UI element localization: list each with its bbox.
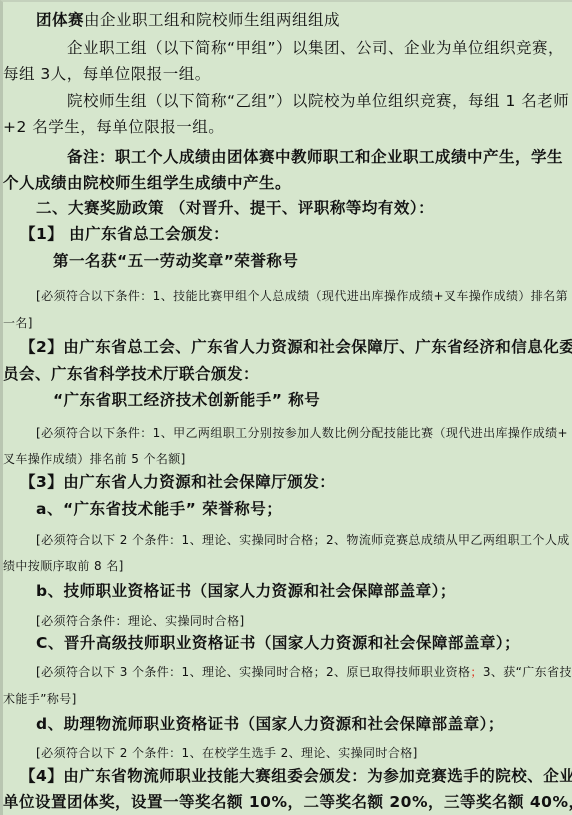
text-line: [必须符合以下 2 个条件：1、理论、实操同时合格；2、物流师竞赛总成绩从甲乙两… (3, 529, 572, 550)
text-segment: 个人成绩由院校师生组学生成绩中产生。 (3, 174, 291, 192)
text-segment: [必须符合条件：理论、实操同时合格] (36, 614, 245, 628)
text-line: 院校师生组（以下简称“乙组”）以院校为单位组织竞赛，每组 1 名老师 (3, 91, 572, 111)
text-segment: 【4】由广东省物流师职业技能大赛组委会颁发：为参加竞赛选手的院校、企业 (20, 767, 572, 785)
text-line: [必须符合以下 3 个条件：1、理论、实操同时合格；2、原已取得技师职业资格；3… (3, 661, 572, 682)
text-segment: a、“广东省技术能手” 荣誉称号； (36, 500, 282, 518)
text-segment: b、技师职业资格证书（国家人力资源和社会保障部盖章）； (36, 582, 456, 600)
text-line: 【3】由广东省人力资源和社会保障厅颁发： (3, 472, 572, 492)
text-line: 第一名获“五一劳动奖章”荣誉称号 (3, 251, 572, 271)
text-segment: 企业职工组（以下简称“甲组”）以集团、公司、企业为单位组织竞赛， (67, 39, 564, 57)
text-line: 二、大赛奖励政策 （对晋升、提干、评职称等均有效）： (3, 198, 572, 218)
text-segment: 由企业职工组和院校师生组两组组成 (84, 11, 340, 29)
text-line: a、“广东省技术能手” 荣誉称号； (3, 499, 572, 519)
text-segment: [必须符合以下 3 个条件：1、理论、实操同时合格；2、原已取得技师职业资格 (36, 665, 470, 679)
text-segment: 叉车操作成绩）排名前 5 个名额] (3, 452, 186, 466)
text-line: b、技师职业资格证书（国家人力资源和社会保障部盖章）； (3, 581, 572, 601)
text-segment: d、助理物流师职业资格证书（国家人力资源和社会保障部盖章）； (36, 715, 504, 733)
text-segment: ； (470, 665, 482, 679)
text-line: 企业职工组（以下简称“甲组”）以集团、公司、企业为单位组织竞赛， (3, 38, 572, 58)
text-segment: 二、大赛奖励政策 （对晋升、提干、评职称等均有效）： (36, 199, 434, 217)
text-segment: 【3】由广东省人力资源和社会保障厅颁发： (20, 473, 335, 491)
text-line: 个人成绩由院校师生组学生成绩中产生。 (3, 173, 572, 193)
text-line: 团体赛由企业职工组和院校师生组两组组成 (3, 10, 572, 30)
text-line: [必须符合条件：理论、实操同时合格] (3, 610, 572, 631)
text-segment: “广东省职工经济技术创新能手” 称号 (53, 391, 320, 409)
text-line: 员会、广东省科学技术厅联合颁发： (3, 364, 572, 384)
text-segment: 每组 3人，每单位限报一组。 (3, 65, 211, 83)
text-line: 一名] (3, 312, 572, 333)
text-line: [必须符合以下 2 个条件：1、在校学生选手 2、理论、实操同时合格] (3, 742, 572, 763)
text-line: [必须符合以下条件：1、甲乙两组职工分别按参加人数比例分配技能比赛（现代进出库操… (3, 422, 572, 443)
text-line: 【1】 由广东省总工会颁发： (3, 224, 572, 244)
text-line: 术能手”称号] (3, 688, 572, 709)
text-line: “广东省职工经济技术创新能手” 称号 (3, 390, 572, 410)
text-line: 【4】由广东省物流师职业技能大赛组委会颁发：为参加竞赛选手的院校、企业 (3, 766, 572, 786)
text-segment: [必须符合以下条件：1、甲乙两组职工分别按参加人数比例分配技能比赛（现代进出库操… (36, 426, 568, 440)
text-segment: [必须符合以下 2 个条件：1、理论、实操同时合格；2、物流师竞赛总成绩从甲乙两… (36, 533, 570, 547)
text-line: [必须符合以下条件：1、技能比赛甲组个人总成绩（现代进出库操作成绩+叉车操作成绩… (3, 285, 572, 306)
text-line: 绩中按顺序取前 8 名] (3, 555, 572, 576)
text-line: 叉车操作成绩）排名前 5 个名额] (3, 448, 572, 469)
text-segment: 【2】由广东省总工会、广东省人力资源和社会保障厅、广东省经济和信息化委 (20, 338, 572, 356)
text-segment: 备注：职工个人成绩由团体赛中教师职工和企业职工成绩中产生，学生 (67, 148, 563, 166)
text-segment: 员会、广东省科学技术厅联合颁发： (3, 365, 259, 383)
text-segment: 一名] (3, 316, 33, 330)
text-line: 每组 3人，每单位限报一组。 (3, 64, 572, 84)
document-page: 团体赛由企业职工组和院校师生组两组组成企业职工组（以下简称“甲组”）以集团、公司… (0, 0, 572, 815)
text-line: d、助理物流师职业资格证书（国家人力资源和社会保障部盖章）； (3, 714, 572, 734)
text-segment: 绩中按顺序取前 8 名] (3, 559, 124, 573)
text-segment: [必须符合以下 2 个条件：1、在校学生选手 2、理论、实操同时合格] (36, 746, 418, 760)
text-line: C、晋升高级技师职业资格证书（国家人力资源和社会保障部盖章）； (3, 633, 572, 653)
text-line: +2 名学生，每单位限报一组。 (3, 117, 572, 137)
text-segment: 院校师生组（以下简称“乙组”）以院校为单位组织竞赛，每组 1 名老师 (67, 92, 569, 110)
text-segment: 第一名获“五一劳动奖章”荣誉称号 (53, 252, 298, 270)
text-segment: 团体赛 (36, 11, 84, 29)
text-segment: 3、获“广东省技 (483, 665, 572, 679)
text-segment: 【1】 由广东省总工会颁发： (20, 225, 229, 243)
text-segment: 单位设置团体奖，设置一等奖名额 10%，二等奖名额 20%，三等奖名额 40%， (3, 793, 572, 811)
text-line: 备注：职工个人成绩由团体赛中教师职工和企业职工成绩中产生，学生 (3, 147, 572, 167)
text-line: 【2】由广东省总工会、广东省人力资源和社会保障厅、广东省经济和信息化委 (3, 337, 572, 357)
text-line: 单位设置团体奖，设置一等奖名额 10%，二等奖名额 20%，三等奖名额 40%， (3, 792, 572, 812)
text-segment: 术能手”称号] (3, 692, 77, 706)
text-segment: [必须符合以下条件：1、技能比赛甲组个人总成绩（现代进出库操作成绩+叉车操作成绩… (36, 289, 568, 303)
text-segment: C、晋升高级技师职业资格证书（国家人力资源和社会保障部盖章）； (36, 634, 520, 652)
text-segment: +2 名学生，每单位限报一组。 (3, 118, 224, 136)
